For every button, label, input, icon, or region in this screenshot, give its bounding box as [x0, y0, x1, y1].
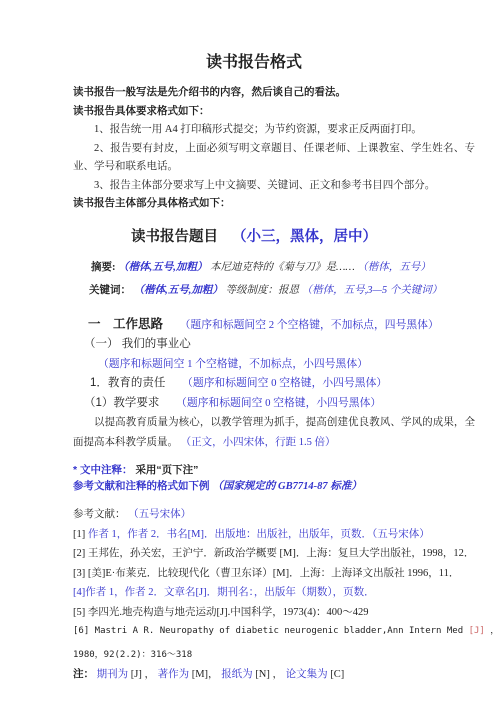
reference-item-2: [2] 王邦佐，孙关宏，王沪宁．新政治学概要 [M]．上海：复旦大学出版社，19…: [73, 544, 475, 564]
keywords-format-note-1: （楷体,五号,加粗）: [134, 285, 223, 296]
document-page: 读书报告格式 读书报告一般写法是先介绍书的内容，然后谈自己的看法。 读书报告具体…: [0, 0, 500, 708]
reference-format-standard-note: （国家规定的 GB7714-87 标准）: [212, 481, 361, 492]
abstract-line: 摘要: （楷体,五号,加粗） 本尼迪克特的《菊与刀》是…… （楷体，五号）: [91, 256, 475, 279]
legend-newspaper-label: 报纸为: [221, 669, 253, 680]
outline-heading-4: （1）教学要求 （题序和标题间空 0 空格键，小四号黑体）: [84, 394, 475, 414]
body-format-intro: 读书报告主体部分具体格式如下：: [73, 195, 475, 214]
reference-item-3: [3] [美]E·布莱克．比较现代化（曹卫东译）[M]．上海：上海译文出版社 1…: [73, 564, 475, 584]
reference-item-1: [1] 作者 1，作者 2．书名[M]．出版地：出版社，出版年，页数．（五号宋体…: [73, 525, 475, 545]
outline-heading-4-note: （题序和标题间空 0 空格键，小四号黑体）: [176, 397, 381, 409]
outline-heading-1: 一 工作思路 （题序和标题间空 2 个空格键，不加标点，四号黑体）: [88, 315, 475, 336]
abstract-label: 摘要:: [91, 262, 116, 273]
outline-heading-3-text: 1．教育的责任: [90, 377, 165, 389]
requirement-item-3: 3、报告主体部分要求写上中文摘要、关键词、正文和参考书目四个部分。: [73, 177, 475, 196]
legend-label: 注：: [73, 669, 97, 680]
document-title: 读书报告格式: [73, 52, 435, 74]
legend-journal-code: [J] ，: [131, 669, 155, 680]
sample-report-title-format-note: （小三，黑体，居中）: [232, 229, 377, 245]
outline-heading-3-note: （题序和标题间空 0 空格键，小四号黑体）: [182, 377, 387, 389]
references-heading: 参考文献： （五号宋体）: [73, 505, 475, 525]
legend-newspaper-code: [N] ，: [255, 669, 283, 680]
outline-heading-1-note: （题序和标题间空 2 个空格键，不加标点，四号黑体）: [180, 319, 439, 331]
references-heading-label: 参考文献：: [73, 509, 126, 520]
reference-item-4: [4]作者 1，作者 2．文章名[J]．期刊名：，出版年（期数），页数．: [73, 583, 475, 603]
type-legend-line: 注： 期刊为 [J] ， 著作为 [M]， 报纸为 [N] ， 论文集为 [C]: [73, 665, 475, 685]
annotation-text: 采用“页下注”: [135, 464, 198, 476]
legend-book-code: [M]，: [192, 669, 219, 680]
legend-journal-label: 期刊为: [97, 669, 129, 680]
keywords-line: 关键词： （楷体,五号,加粗） 等级制度：报恩 （楷体，五号,3—5 个关键词）: [89, 279, 475, 302]
legend-proceedings-label: 论文集为: [286, 669, 328, 680]
intro-line-2: 读书报告具体要求格式如下：: [73, 103, 475, 122]
outline-heading-1-text: 一 工作思路: [88, 317, 163, 331]
reference-item-5: [5] 李四光.地壳构造与地壳运动[J].中国科学，1973(4)：400～42…: [73, 603, 475, 623]
legend-proceedings-code: [C]: [330, 669, 344, 680]
references-section: 参考文献： （五号宋体） [1] 作者 1，作者 2．书名[M]．出版地：出版社…: [73, 505, 475, 685]
outline-heading-3: 1．教育的责任 （题序和标题间空 0 空格键，小四号黑体）: [90, 374, 475, 394]
outline-heading-2: （一） 我们的事业心 （题序和标题间空 1 个空格键，不加标点，小四号黑体）: [84, 335, 475, 374]
reference-6-line-2: 1980，92(2.2)：316～318: [73, 646, 475, 666]
requirement-item-1: 1、报告统一用 A4 打印稿形式提交；为节约资源，要求正反两面打印。: [73, 121, 475, 140]
asterisk-marker: *: [73, 464, 80, 476]
keywords-format-note-2: （楷体，五号,3—5 个关键词）: [302, 285, 443, 296]
reference-6-text: [6] Mastri A R. Neuropathy of diabetic n…: [73, 626, 469, 636]
abstract-format-note-2: （楷体，五号）: [357, 262, 431, 273]
abstract-format-note-1: （楷体,五号,加粗）: [118, 262, 207, 273]
body-format-note: （正文，小四宋体，行距 1.5 倍）: [181, 437, 336, 448]
outline-heading-2-note: （题序和标题间空 1 个空格键，不加标点，小四号黑体）: [98, 358, 368, 370]
intro-line-1: 读书报告一般写法是先介绍书的内容，然后谈自己的看法。: [73, 84, 475, 103]
keywords-label: 关键词：: [89, 285, 131, 296]
abstract-sample-text: 本尼迪克特的《菊与刀》是……: [210, 262, 355, 273]
reference-format-line: 参考文献和注释的格式如下例 （国家规定的 GB7714-87 标准）: [73, 479, 475, 495]
sample-report-title: 读书报告题目: [131, 229, 218, 245]
reference-6-type-marker: [J]: [469, 626, 485, 636]
annotation-section: * 文中注释： 采用“页下注” 参考文献和注释的格式如下例 （国家规定的 GB7…: [73, 463, 475, 494]
sample-report-title-line: 读书报告题目 （小三，黑体，居中）: [73, 226, 435, 248]
keywords-sample-text: 等级制度：报恩: [226, 285, 300, 296]
outline-heading-4-text: （1）教学要求: [84, 397, 159, 409]
outline-heading-2-text: （一） 我们的事业心: [84, 338, 191, 350]
references-heading-note: （五号宋体）: [128, 509, 191, 520]
reference-item-6: [6] Mastri A R. Neuropathy of diabetic n…: [73, 622, 475, 642]
body-sample-paragraph: 以提高教育质量为核心，以教学管理为抓手，提高创建优良教风、学风的成果，全面提高本…: [73, 413, 475, 452]
outline-section: 一 工作思路 （题序和标题间空 2 个空格键，不加标点，四号黑体） （一） 我们…: [73, 315, 475, 453]
reference-1-index: [1]: [73, 529, 88, 540]
legend-book-label: 著作为: [158, 669, 190, 680]
annotation-line: * 文中注释： 采用“页下注”: [73, 463, 475, 479]
annotation-label: 文中注释：: [80, 464, 133, 476]
reference-1-template: 作者 1，作者 2．书名[M]．出版地：出版社，出版年，页数．（五号宋体）: [88, 529, 430, 540]
reference-format-label: 参考文献和注释的格式如下例: [73, 480, 210, 492]
requirement-item-2: 2、报告要有封皮，上面必须写明文章题目、任课老师、上课教室、学生姓名、专业、学号…: [73, 140, 475, 177]
reference-6-tail: ，: [490, 626, 499, 636]
